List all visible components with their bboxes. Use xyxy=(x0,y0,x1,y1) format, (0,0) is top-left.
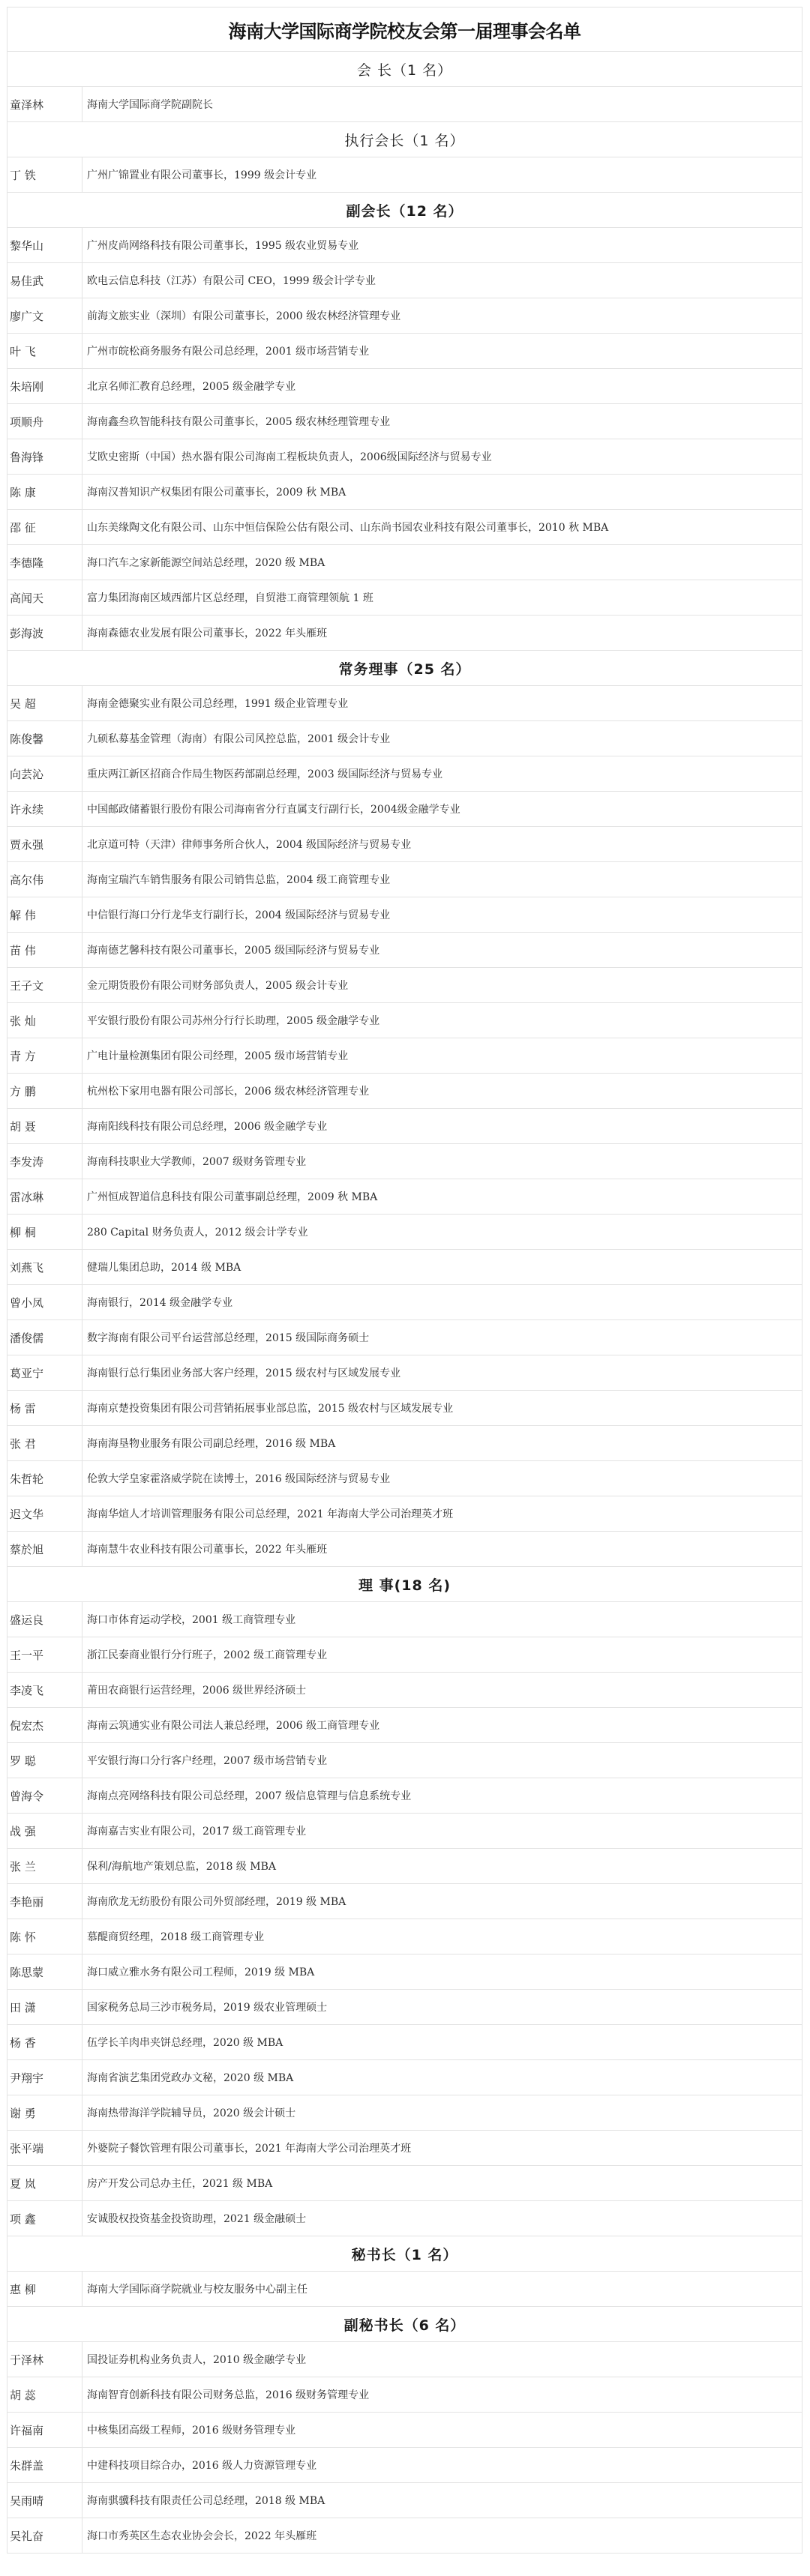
member-description: 海南慧牛农业科技有限公司董事长，2022 年头雁班 xyxy=(82,1532,802,1567)
member-name: 李凌飞 xyxy=(7,1673,82,1708)
member-name: 战 强 xyxy=(7,1814,82,1849)
member-name: 倪宏杰 xyxy=(7,1708,82,1743)
member-row: 童泽林海南大学国际商学院副院长 xyxy=(7,87,802,122)
member-description: 海南点亮网络科技有限公司总经理，2007 级信息管理与信息系统专业 xyxy=(82,1778,802,1814)
member-row: 朱群盖中建科技项目综合办，2016 级人力资源管理专业 xyxy=(7,2448,802,2483)
member-description: 海南智育创新科技有限公司财务总监，2016 级财务管理专业 xyxy=(82,2377,802,2413)
member-row: 邵 征山东美缘陶文化有限公司、山东中恒信保险公估有限公司、山东尚书园农业科技有限… xyxy=(7,510,802,545)
member-description: 海南金德聚实业有限公司总经理，1991 级企业管理专业 xyxy=(82,686,802,721)
member-row: 迟文华海南华煊人才培训管理服务有限公司总经理，2021 年海南大学公司治理英才班 xyxy=(7,1496,802,1532)
section-heading: 副会长（12 名） xyxy=(7,193,802,228)
member-description: 海南大学国际商学院就业与校友服务中心副主任 xyxy=(82,2272,802,2307)
member-row: 陈思蒙海口威立雅水务有限公司工程师，2019 级 MBA xyxy=(7,1954,802,1990)
member-description: 国投证券机构业务负责人，2010 级金融学专业 xyxy=(82,2342,802,2377)
member-name: 田 潇 xyxy=(7,1990,82,2025)
member-row: 张 兰保利/海航地产策划总监，2018 级 MBA xyxy=(7,1849,802,1884)
member-name: 廖广文 xyxy=(7,298,82,334)
member-name: 夏 岚 xyxy=(7,2166,82,2201)
member-name: 易佳武 xyxy=(7,263,82,298)
section-header-row: 执行会长（1 名） xyxy=(7,122,802,157)
member-row: 吴雨晴海南骐骥科技有限责任公司总经理，2018 级 MBA xyxy=(7,2483,802,2518)
member-row: 李艳丽海南欣龙无纺股份有限公司外贸部经理，2019 级 MBA xyxy=(7,1884,802,1919)
member-name: 吴雨晴 xyxy=(7,2483,82,2518)
section-heading: 副秘书长（6 名） xyxy=(7,2307,802,2342)
member-description: 伦敦大学皇家霍洛威学院在读博士，2016 级国际经济与贸易专业 xyxy=(82,1461,802,1496)
member-description: 健瑞儿集团总助，2014 级 MBA xyxy=(82,1250,802,1285)
member-name: 邵 征 xyxy=(7,510,82,545)
member-name: 朱培刚 xyxy=(7,369,82,404)
member-description: 国家税务总局三沙市税务局，2019 级农业管理硕士 xyxy=(82,1990,802,2025)
member-description: 海南省演艺集团党政办文秘，2020 级 MBA xyxy=(82,2060,802,2095)
member-description: 海南银行，2014 级金融学专业 xyxy=(82,1285,802,1320)
member-name: 盛运良 xyxy=(7,1602,82,1637)
member-row: 廖广文前海文旅实业（深圳）有限公司董事长，2000 级农林经济管理专业 xyxy=(7,298,802,334)
member-description: 莆田农商银行运营经理，2006 级世界经济硕士 xyxy=(82,1673,802,1708)
member-row: 倪宏杰海南云筑通实业有限公司法人兼总经理，2006 级工商管理专业 xyxy=(7,1708,802,1743)
member-name: 鲁海锋 xyxy=(7,439,82,475)
member-name: 葛亚宁 xyxy=(7,1355,82,1391)
member-description: 海口市秀英区生态农业协会会长，2022 年头雁班 xyxy=(82,2518,802,2554)
member-description: 海南嘉吉实业有限公司，2017 级工商管理专业 xyxy=(82,1814,802,1849)
member-description: 浙江民泰商业银行分行班子，2002 级工商管理专业 xyxy=(82,1637,802,1673)
member-row: 王一平浙江民泰商业银行分行班子，2002 级工商管理专业 xyxy=(7,1637,802,1673)
member-name: 雷冰琳 xyxy=(7,1179,82,1215)
member-name: 胡 蕊 xyxy=(7,2377,82,2413)
member-description: 海口市体育运动学校，2001 级工商管理专业 xyxy=(82,1602,802,1637)
member-row: 解 伟中信银行海口分行龙华支行副行长，2004 级国际经济与贸易专业 xyxy=(7,897,802,933)
member-name: 谢 勇 xyxy=(7,2095,82,2131)
member-row: 杨 雷海南京楚投资集团有限公司营销拓展事业部总监，2015 级农村与区域发展专业 xyxy=(7,1391,802,1426)
member-name: 陈思蒙 xyxy=(7,1954,82,1990)
member-row: 张 灿平安银行股份有限公司苏州分行行长助理，2005 级金融学专业 xyxy=(7,1003,802,1038)
member-description: 广州恒成智道信息科技有限公司董事副总经理，2009 秋 MBA xyxy=(82,1179,802,1215)
member-description: 前海文旅实业（深圳）有限公司董事长，2000 级农林经济管理专业 xyxy=(82,298,802,334)
member-name: 潘俊儒 xyxy=(7,1320,82,1355)
member-row: 惠 柳海南大学国际商学院就业与校友服务中心副主任 xyxy=(7,2272,802,2307)
member-description: 中国邮政储蓄银行股份有限公司海南省分行直属支行副行长，2004级金融学专业 xyxy=(82,792,802,827)
member-name: 吴 超 xyxy=(7,686,82,721)
member-row: 盛运良海口市体育运动学校，2001 级工商管理专业 xyxy=(7,1602,802,1637)
member-row: 雷冰琳广州恒成智道信息科技有限公司董事副总经理，2009 秋 MBA xyxy=(7,1179,802,1215)
member-description: 中信银行海口分行龙华支行副行长，2004 级国际经济与贸易专业 xyxy=(82,897,802,933)
member-description: 海南华煊人才培训管理服务有限公司总经理，2021 年海南大学公司治理英才班 xyxy=(82,1496,802,1532)
member-description: 中建科技项目综合办，2016 级人力资源管理专业 xyxy=(82,2448,802,2483)
member-name: 贾永强 xyxy=(7,827,82,862)
document-title: 海南大学国际商学院校友会第一届理事会名单 xyxy=(7,7,802,52)
member-row: 项顺舟海南鑫叁玖智能科技有限公司董事长，2005 级农林经理管理专业 xyxy=(7,404,802,439)
member-name: 项顺舟 xyxy=(7,404,82,439)
member-name: 柳 桐 xyxy=(7,1215,82,1250)
member-row: 胡 聂海南阳线科技有限公司总经理，2006 级金融学专业 xyxy=(7,1109,802,1144)
member-row: 柳 桐280 Capital 财务负责人，2012 级会计学专业 xyxy=(7,1215,802,1250)
member-name: 惠 柳 xyxy=(7,2272,82,2307)
member-name: 尹翔宇 xyxy=(7,2060,82,2095)
member-description: 北京名师汇教育总经理，2005 级金融学专业 xyxy=(82,369,802,404)
member-name: 丁 铁 xyxy=(7,157,82,193)
section-header-row: 会 长（1 名） xyxy=(7,52,802,87)
member-description: 九硕私募基金管理（海南）有限公司风控总监，2001 级会计专业 xyxy=(82,721,802,756)
member-name: 陈俊馨 xyxy=(7,721,82,756)
member-description: 杭州松下家用电器有限公司部长，2006 级农林经济管理专业 xyxy=(82,1074,802,1109)
member-description: 北京道可特（天津）律师事务所合伙人，2004 级国际经济与贸易专业 xyxy=(82,827,802,862)
member-name: 青 方 xyxy=(7,1038,82,1074)
member-description: 海南森德农业发展有限公司董事长，2022 年头雁班 xyxy=(82,616,802,651)
member-row: 罗 聪平安银行海口分行客户经理，2007 级市场营销专业 xyxy=(7,1743,802,1778)
member-description: 海南汉普知识产权集团有限公司董事长，2009 秋 MBA xyxy=(82,475,802,510)
member-description: 280 Capital 财务负责人，2012 级会计学专业 xyxy=(82,1215,802,1250)
member-row: 蔡於旭海南慧牛农业科技有限公司董事长，2022 年头雁班 xyxy=(7,1532,802,1567)
member-row: 葛亚宁海南银行总行集团业务部大客户经理，2015 级农村与区域发展专业 xyxy=(7,1355,802,1391)
member-description: 海南欣龙无纺股份有限公司外贸部经理，2019 级 MBA xyxy=(82,1884,802,1919)
member-description: 安诚股权投资基金投资助理，2021 级金融硕士 xyxy=(82,2201,802,2236)
member-description: 慕醍商贸经理，2018 级工商管理专业 xyxy=(82,1919,802,1954)
member-description: 广州皮尚网络科技有限公司董事长，1995 级农业贸易专业 xyxy=(82,228,802,263)
member-description: 保利/海航地产策划总监，2018 级 MBA xyxy=(82,1849,802,1884)
member-name: 李艳丽 xyxy=(7,1884,82,1919)
member-row: 高尔伟海南宝瑞汽车销售服务有限公司销售总监，2004 级工商管理专业 xyxy=(7,862,802,897)
title-row: 海南大学国际商学院校友会第一届理事会名单 xyxy=(7,7,802,52)
member-row: 田 潇国家税务总局三沙市税务局，2019 级农业管理硕士 xyxy=(7,1990,802,2025)
member-name: 胡 聂 xyxy=(7,1109,82,1144)
member-name: 张 灿 xyxy=(7,1003,82,1038)
member-description: 重庆两江新区招商合作局生物医药部副总经理，2003 级国际经济与贸易专业 xyxy=(82,756,802,792)
member-row: 谢 勇海南热带海洋学院辅导员，2020 级会计硕士 xyxy=(7,2095,802,2131)
member-name: 朱哲轮 xyxy=(7,1461,82,1496)
member-row: 陈 怀慕醍商贸经理，2018 级工商管理专业 xyxy=(7,1919,802,1954)
section-heading: 常务理事（25 名） xyxy=(7,651,802,686)
member-row: 张 君海南海垦物业服务有限公司副总经理，2016 级 MBA xyxy=(7,1426,802,1461)
member-row: 夏 岚房产开发公司总办主任，2021 级 MBA xyxy=(7,2166,802,2201)
member-description: 金元期货股份有限公司财务部负责人，2005 级会计专业 xyxy=(82,968,802,1003)
member-description: 海南京楚投资集团有限公司营销拓展事业部总监，2015 级农村与区域发展专业 xyxy=(82,1391,802,1426)
member-name: 苗 伟 xyxy=(7,933,82,968)
member-name: 杨 雷 xyxy=(7,1391,82,1426)
member-description: 广州广锦置业有限公司董事长，1999 级会计专业 xyxy=(82,157,802,193)
member-name: 吴礼奋 xyxy=(7,2518,82,2554)
section-heading: 秘书长（1 名） xyxy=(7,2236,802,2272)
member-row: 鲁海锋艾欧史密斯（中国）热水器有限公司海南工程板块负责人，2006级国际经济与贸… xyxy=(7,439,802,475)
member-name: 高尔伟 xyxy=(7,862,82,897)
member-row: 许永续中国邮政储蓄银行股份有限公司海南省分行直属支行副行长，2004级金融学专业 xyxy=(7,792,802,827)
member-row: 丁 铁广州广锦置业有限公司董事长，1999 级会计专业 xyxy=(7,157,802,193)
member-description: 广电计量检测集团有限公司经理，2005 级市场营销专业 xyxy=(82,1038,802,1074)
member-row: 叶 飞广州市皖松商务服务有限公司总经理，2001 级市场营销专业 xyxy=(7,334,802,369)
member-description: 海南热带海洋学院辅导员，2020 级会计硕士 xyxy=(82,2095,802,2131)
member-description: 海口汽车之家新能源空间站总经理，2020 级 MBA xyxy=(82,545,802,580)
member-row: 陈俊馨九硕私募基金管理（海南）有限公司风控总监，2001 级会计专业 xyxy=(7,721,802,756)
member-row: 苗 伟海南德艺馨科技有限公司董事长，2005 级国际经济与贸易专业 xyxy=(7,933,802,968)
member-description: 海南德艺馨科技有限公司董事长，2005 级国际经济与贸易专业 xyxy=(82,933,802,968)
member-row: 项 鑫安诚股权投资基金投资助理，2021 级金融硕士 xyxy=(7,2201,802,2236)
member-row: 陈 康海南汉普知识产权集团有限公司董事长，2009 秋 MBA xyxy=(7,475,802,510)
member-description: 广州市皖松商务服务有限公司总经理，2001 级市场营销专业 xyxy=(82,334,802,369)
member-description: 欧电云信息科技（江苏）有限公司 CEO，1999 级会计学专业 xyxy=(82,263,802,298)
council-roster-document: 海南大学国际商学院校友会第一届理事会名单 会 长（1 名）童泽林海南大学国际商学… xyxy=(7,7,802,2554)
member-description: 平安银行海口分行客户经理，2007 级市场营销专业 xyxy=(82,1743,802,1778)
member-row: 李发涛海南科技职业大学教师，2007 级财务管理专业 xyxy=(7,1144,802,1179)
member-description: 外婆院子餐饮管理有限公司董事长，2021 年海南大学公司治理英才班 xyxy=(82,2131,802,2166)
member-row: 朱培刚北京名师汇教育总经理，2005 级金融学专业 xyxy=(7,369,802,404)
member-row: 贾永强北京道可特（天津）律师事务所合伙人，2004 级国际经济与贸易专业 xyxy=(7,827,802,862)
member-description: 海南银行总行集团业务部大客户经理，2015 级农村与区域发展专业 xyxy=(82,1355,802,1391)
member-name: 张 君 xyxy=(7,1426,82,1461)
section-header-row: 理 事(18 名) xyxy=(7,1567,802,1602)
member-name: 曾海令 xyxy=(7,1778,82,1814)
member-description: 山东美缘陶文化有限公司、山东中恒信保险公估有限公司、山东尚书园农业科技有限公司董… xyxy=(82,510,802,545)
member-description: 中核集团高级工程师，2016 级财务管理专业 xyxy=(82,2413,802,2448)
member-name: 黎华山 xyxy=(7,228,82,263)
section-header-row: 秘书长（1 名） xyxy=(7,2236,802,2272)
member-row: 高闻天富力集团海南区域西部片区总经理，自贸港工商管理领航 1 班 xyxy=(7,580,802,616)
member-row: 方 鹏杭州松下家用电器有限公司部长，2006 级农林经济管理专业 xyxy=(7,1074,802,1109)
member-name: 童泽林 xyxy=(7,87,82,122)
member-name: 方 鹏 xyxy=(7,1074,82,1109)
member-row: 易佳武欧电云信息科技（江苏）有限公司 CEO，1999 级会计学专业 xyxy=(7,263,802,298)
member-row: 向芸沁重庆两江新区招商合作局生物医药部副总经理，2003 级国际经济与贸易专业 xyxy=(7,756,802,792)
member-name: 许福南 xyxy=(7,2413,82,2448)
section-heading: 会 长（1 名） xyxy=(7,52,802,87)
member-name: 解 伟 xyxy=(7,897,82,933)
member-description: 海南海垦物业服务有限公司副总经理，2016 级 MBA xyxy=(82,1426,802,1461)
member-description: 艾欧史密斯（中国）热水器有限公司海南工程板块负责人，2006级国际经济与贸易专业 xyxy=(82,439,802,475)
member-name: 张 兰 xyxy=(7,1849,82,1884)
member-name: 李发涛 xyxy=(7,1144,82,1179)
member-name: 朱群盖 xyxy=(7,2448,82,2483)
member-description: 海南宝瑞汽车销售服务有限公司销售总监，2004 级工商管理专业 xyxy=(82,862,802,897)
member-description: 房产开发公司总办主任，2021 级 MBA xyxy=(82,2166,802,2201)
member-description: 海南骐骥科技有限责任公司总经理，2018 级 MBA xyxy=(82,2483,802,2518)
member-row: 青 方广电计量检测集团有限公司经理，2005 级市场营销专业 xyxy=(7,1038,802,1074)
member-row: 尹翔宇海南省演艺集团党政办文秘，2020 级 MBA xyxy=(7,2060,802,2095)
member-row: 王子文金元期货股份有限公司财务部负责人，2005 级会计专业 xyxy=(7,968,802,1003)
member-name: 蔡於旭 xyxy=(7,1532,82,1567)
section-header-row: 副秘书长（6 名） xyxy=(7,2307,802,2342)
section-heading: 执行会长（1 名） xyxy=(7,122,802,157)
member-name: 向芸沁 xyxy=(7,756,82,792)
section-header-row: 常务理事（25 名） xyxy=(7,651,802,686)
member-name: 叶 飞 xyxy=(7,334,82,369)
member-name: 王子文 xyxy=(7,968,82,1003)
member-description: 海南鑫叁玖智能科技有限公司董事长，2005 级农林经理管理专业 xyxy=(82,404,802,439)
member-row: 战 强海南嘉吉实业有限公司，2017 级工商管理专业 xyxy=(7,1814,802,1849)
member-name: 刘燕飞 xyxy=(7,1250,82,1285)
member-description: 伍学长羊肉串夹饼总经理，2020 级 MBA xyxy=(82,2025,802,2060)
member-row: 杨 香伍学长羊肉串夹饼总经理，2020 级 MBA xyxy=(7,2025,802,2060)
member-row: 朱哲轮伦敦大学皇家霍洛威学院在读博士，2016 级国际经济与贸易专业 xyxy=(7,1461,802,1496)
member-name: 王一平 xyxy=(7,1637,82,1673)
member-name: 曾小凤 xyxy=(7,1285,82,1320)
member-name: 杨 香 xyxy=(7,2025,82,2060)
member-name: 彭海波 xyxy=(7,616,82,651)
member-row: 彭海波海南森德农业发展有限公司董事长，2022 年头雁班 xyxy=(7,616,802,651)
member-row: 潘俊儒数字海南有限公司平台运营部总经理，2015 级国际商务硕士 xyxy=(7,1320,802,1355)
member-row: 张平端外婆院子餐饮管理有限公司董事长，2021 年海南大学公司治理英才班 xyxy=(7,2131,802,2166)
member-row: 李德隆海口汽车之家新能源空间站总经理，2020 级 MBA xyxy=(7,545,802,580)
member-name: 罗 聪 xyxy=(7,1743,82,1778)
section-header-row: 副会长（12 名） xyxy=(7,193,802,228)
member-row: 李凌飞莆田农商银行运营经理，2006 级世界经济硕士 xyxy=(7,1673,802,1708)
member-row: 吴 超海南金德聚实业有限公司总经理，1991 级企业管理专业 xyxy=(7,686,802,721)
section-heading: 理 事(18 名) xyxy=(7,1567,802,1602)
member-row: 刘燕飞健瑞儿集团总助，2014 级 MBA xyxy=(7,1250,802,1285)
member-row: 曾小凤海南银行，2014 级金融学专业 xyxy=(7,1285,802,1320)
roster-table: 海南大学国际商学院校友会第一届理事会名单 会 长（1 名）童泽林海南大学国际商学… xyxy=(7,7,802,2554)
member-description: 富力集团海南区域西部片区总经理，自贸港工商管理领航 1 班 xyxy=(82,580,802,616)
member-row: 黎华山广州皮尚网络科技有限公司董事长，1995 级农业贸易专业 xyxy=(7,228,802,263)
member-name: 陈 怀 xyxy=(7,1919,82,1954)
member-row: 许福南中核集团高级工程师，2016 级财务管理专业 xyxy=(7,2413,802,2448)
member-description: 海南云筑通实业有限公司法人兼总经理，2006 级工商管理专业 xyxy=(82,1708,802,1743)
member-name: 于泽林 xyxy=(7,2342,82,2377)
member-name: 迟文华 xyxy=(7,1496,82,1532)
member-row: 吴礼奋海口市秀英区生态农业协会会长，2022 年头雁班 xyxy=(7,2518,802,2554)
member-description: 海南大学国际商学院副院长 xyxy=(82,87,802,122)
member-description: 海南科技职业大学教师，2007 级财务管理专业 xyxy=(82,1144,802,1179)
member-row: 于泽林国投证券机构业务负责人，2010 级金融学专业 xyxy=(7,2342,802,2377)
member-description: 数字海南有限公司平台运营部总经理，2015 级国际商务硕士 xyxy=(82,1320,802,1355)
member-name: 李德隆 xyxy=(7,545,82,580)
member-row: 曾海令海南点亮网络科技有限公司总经理，2007 级信息管理与信息系统专业 xyxy=(7,1778,802,1814)
member-name: 高闻天 xyxy=(7,580,82,616)
member-name: 项 鑫 xyxy=(7,2201,82,2236)
member-row: 胡 蕊海南智育创新科技有限公司财务总监，2016 级财务管理专业 xyxy=(7,2377,802,2413)
member-name: 陈 康 xyxy=(7,475,82,510)
member-name: 许永续 xyxy=(7,792,82,827)
member-description: 海南阳线科技有限公司总经理，2006 级金融学专业 xyxy=(82,1109,802,1144)
member-description: 平安银行股份有限公司苏州分行行长助理，2005 级金融学专业 xyxy=(82,1003,802,1038)
member-name: 张平端 xyxy=(7,2131,82,2166)
member-description: 海口威立雅水务有限公司工程师，2019 级 MBA xyxy=(82,1954,802,1990)
